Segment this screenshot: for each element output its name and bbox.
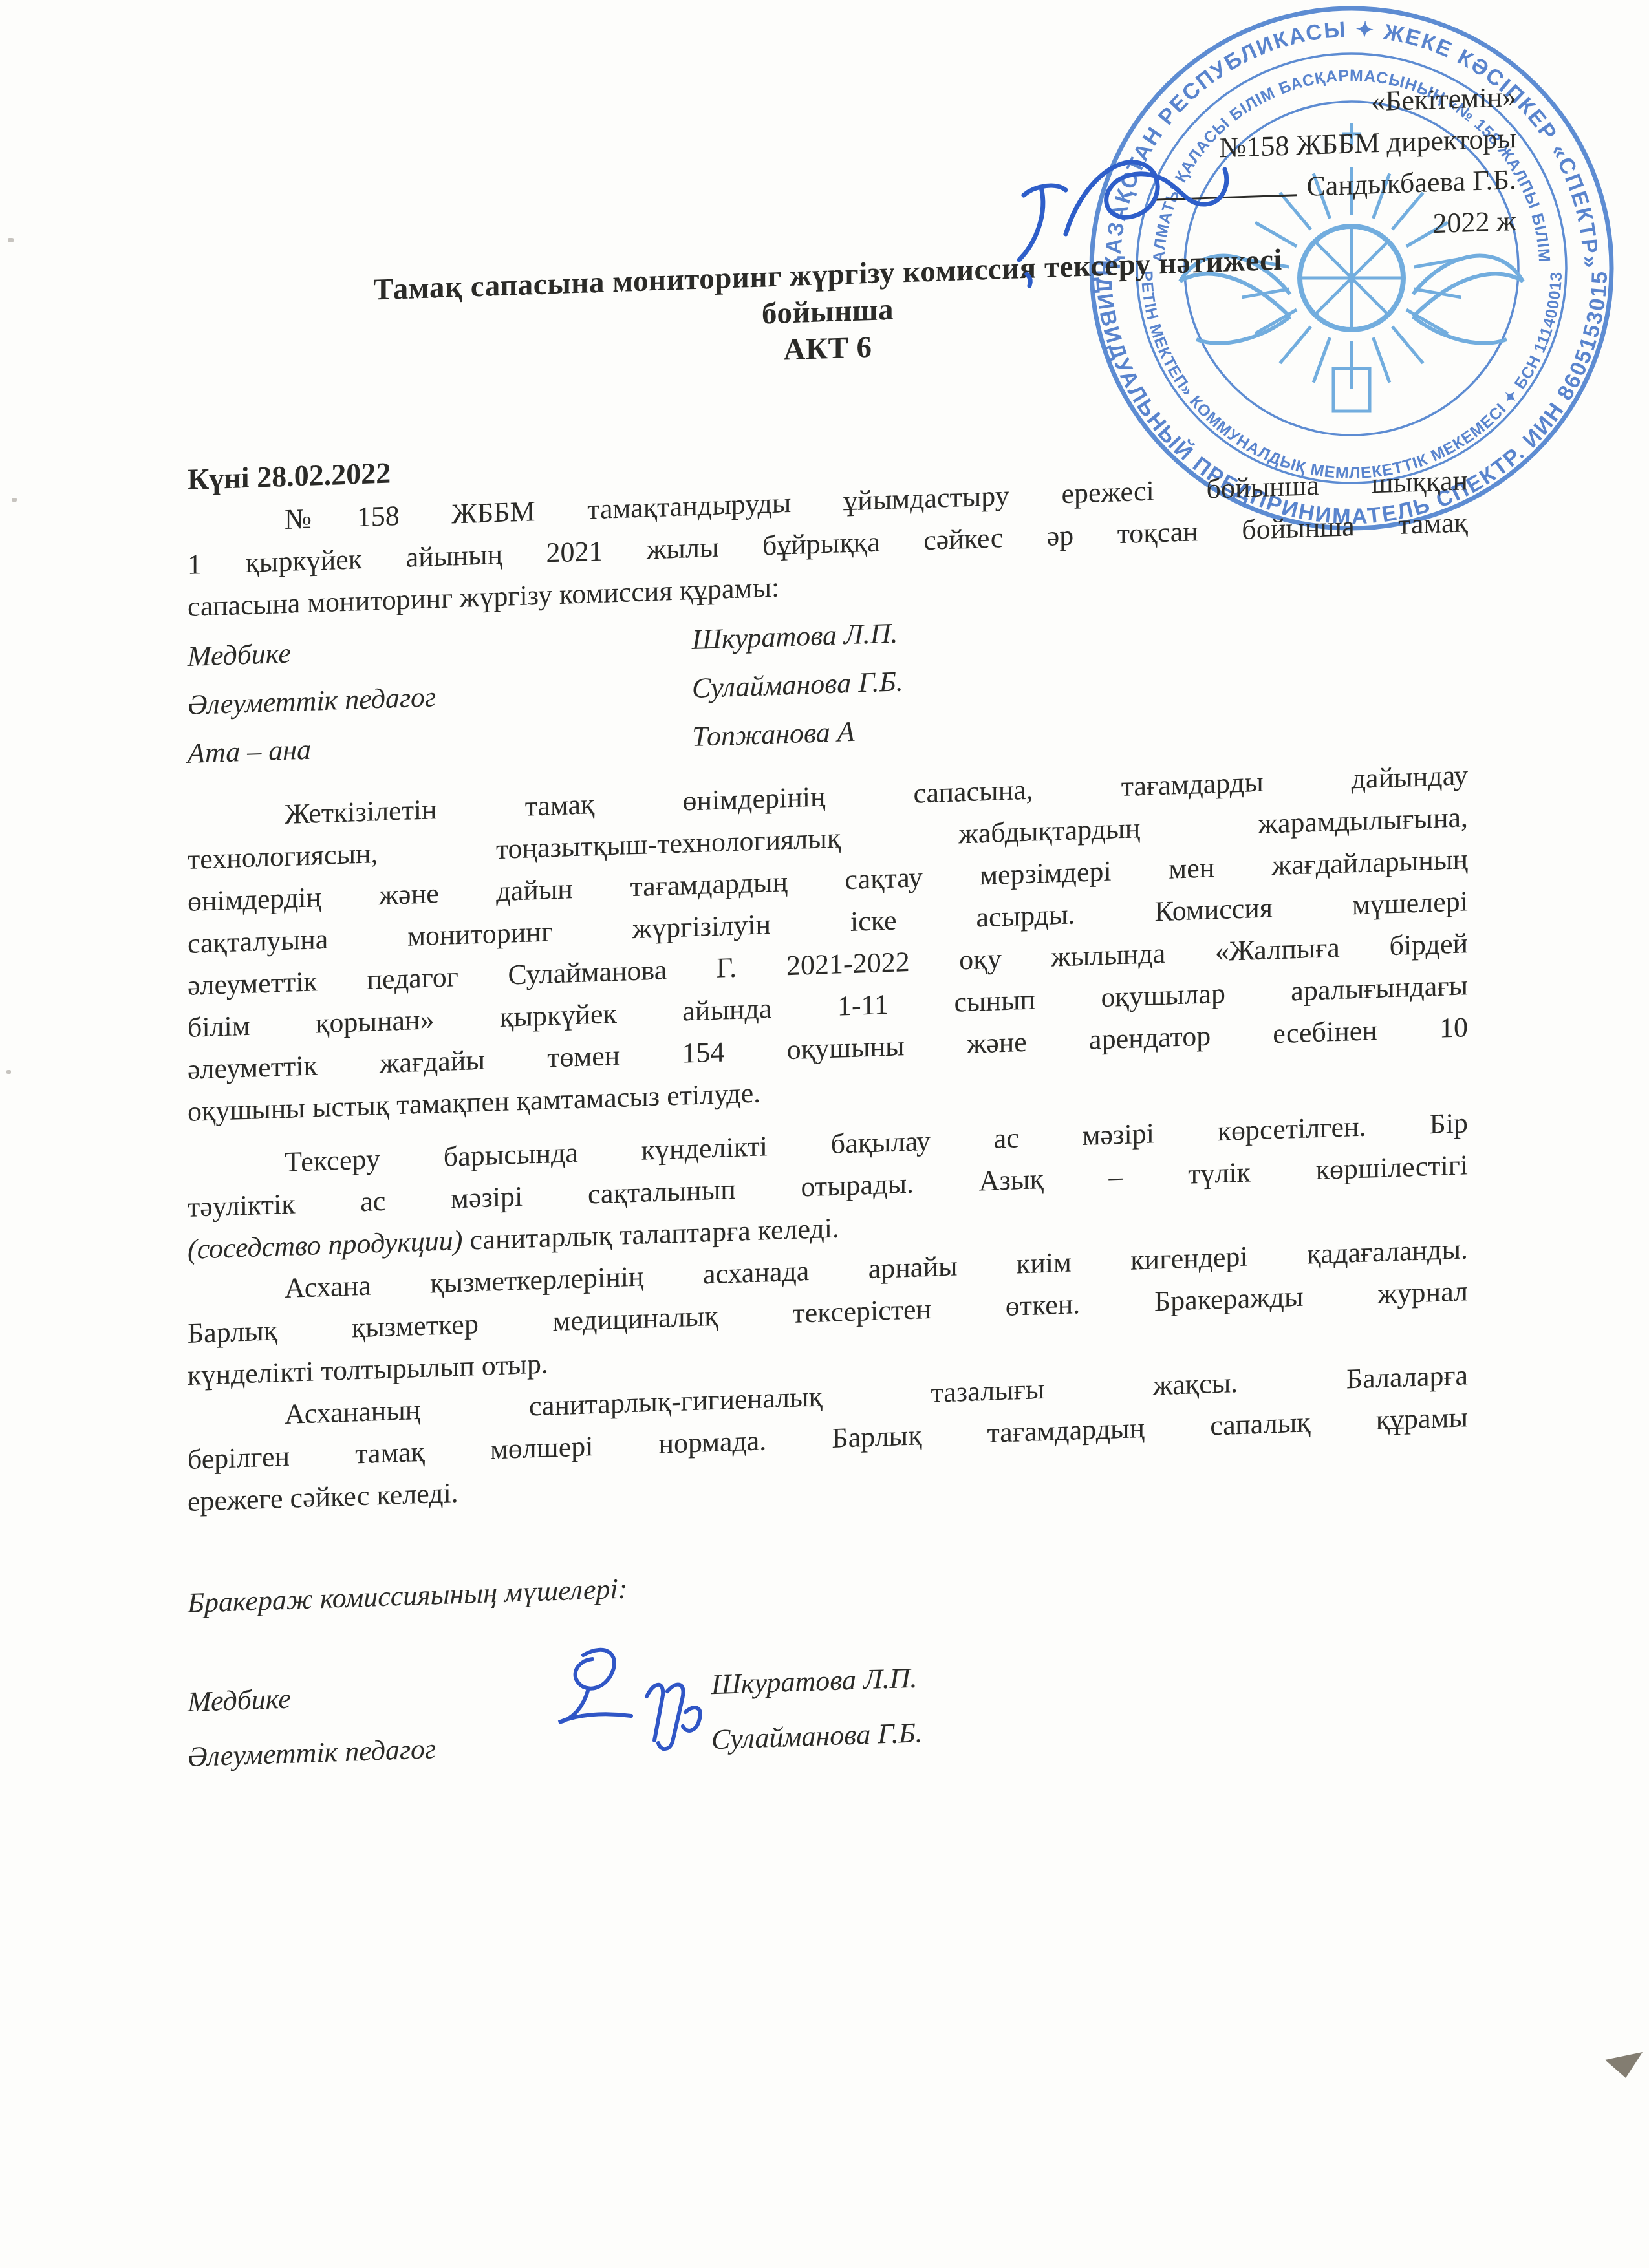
- document-body: Тамақ сапасына мониторинг жүргізу комисс…: [188, 235, 1468, 1791]
- director-name: Сандыкбаева Г.Б.: [1306, 164, 1516, 202]
- scan-speck: [6, 1070, 11, 1074]
- signature-blank-line: [1152, 172, 1297, 200]
- body-line-rest: санитарлық талаптарға келеді.: [462, 1212, 839, 1256]
- scan-speck: [8, 238, 14, 242]
- approval-block: «Бекітемін» №158 ЖББМ директоры Сандыкба…: [883, 76, 1516, 263]
- scan-speck: [12, 498, 17, 502]
- monitoring-paragraph: Жеткізілетін тамақ өнімдерінің сапасына,…: [188, 754, 1468, 1133]
- document-page: ҚАЗАҚСТАН РЕСПУБЛИКАСЫ ✦ ЖЕКЕ КӘСІПКЕР «…: [0, 0, 1649, 2268]
- russian-term: (соседство продукции): [188, 1225, 462, 1265]
- footer-heading: Бракераж комиссияының мүшелері:: [188, 1541, 1468, 1623]
